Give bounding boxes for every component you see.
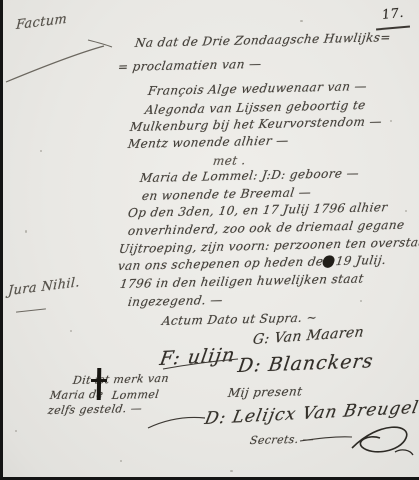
margin-note-jura-nihil: Jura Nihil. — [8, 275, 81, 299]
body-line: Mulkenburg bij het Keurvorstendom — — [129, 114, 383, 134]
body-line: Maria de Lommel: J:D: geboore — — [139, 166, 360, 185]
body-line: onverhinderd, zoo ook de driemaal gegane — [127, 218, 405, 238]
body-line: François Alge weduwenaar van — — [147, 79, 368, 98]
body-line: Mentz wonende alhier — — [127, 133, 290, 151]
signature-van-maaren: G: Van Maaren — [252, 324, 365, 348]
signature-van-breugel: D: Lelijcx Van Breugel — [203, 398, 419, 429]
manuscript-page: Factum 17. Jura Nihil. Na dat de Drie Zo… — [0, 0, 419, 480]
body-line: van ons schepenen op heden den 19 Julij. — [117, 253, 387, 273]
paper-speck — [25, 230, 27, 233]
signature-ulijn: F: ulijn — [158, 344, 237, 370]
paper-speck — [390, 120, 392, 122]
paper-speck — [70, 330, 72, 332]
body-line: Op den 3den, 10, en 17 Julij 1796 alhier — [127, 200, 388, 220]
body-line: en wonende te Breemal — — [141, 185, 312, 203]
paper-speck — [360, 300, 362, 302]
margin-note-dash — [16, 308, 46, 313]
body-line: 1796 in den heiligen huwelijken staat — [119, 271, 365, 291]
paper-speck — [300, 20, 303, 22]
mark-line-3: zelfs gesteld. — — [47, 402, 143, 417]
paper-speck — [120, 460, 122, 462]
paper-speck — [40, 150, 42, 152]
body-line: Na dat de Drie Zondaagsche Huwlijks= — [134, 30, 392, 50]
mark-line-2-right: Lommel — [111, 388, 160, 402]
page-number-underline — [376, 26, 410, 30]
paper-speck — [405, 210, 407, 212]
page-number: 17. — [381, 6, 404, 23]
paper-speck — [15, 430, 17, 432]
mark-line-1: Dit ist merk van — [72, 372, 170, 387]
margin-note-factum: Factum — [16, 12, 68, 33]
present-label: Mij present — [227, 384, 303, 400]
body-line: met . — [212, 153, 247, 168]
handmark-cross-icon — [91, 379, 107, 382]
scan-edge-left — [0, 0, 3, 480]
handmark-cross-icon — [97, 368, 101, 400]
secretary-title: Secrets. — — [249, 433, 315, 447]
closing-formula: Actum Dato ut Supra. ~ — [161, 310, 318, 328]
body-line: ingezegend. — — [127, 293, 224, 309]
body-line: Alegonda van Lijssen geboortig te — [144, 98, 367, 117]
paper-speck — [230, 470, 233, 472]
signature-blanckers: D: Blanckers — [236, 350, 375, 377]
body-line: = proclamatien van — — [117, 57, 262, 74]
